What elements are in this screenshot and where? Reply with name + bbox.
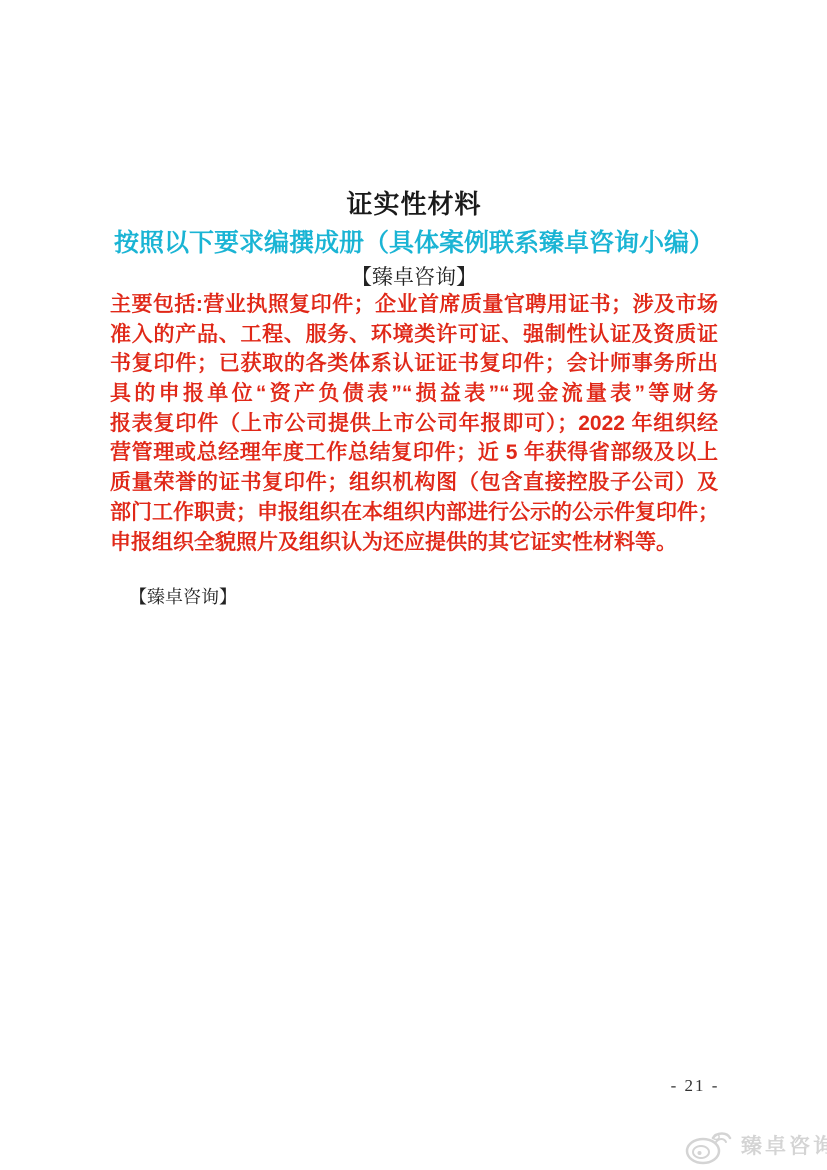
weibo-logo-icon — [683, 1124, 735, 1166]
brand-tag-top: 【臻卓咨询】 — [110, 261, 718, 291]
paragraph-line: 主要包括:营业执照复印件；企业首席质量官聘用证书；涉及市场 — [110, 290, 718, 320]
document-page: 证实性材料 按照以下要求编撰成册（具体案例联系臻卓咨询小编） 【臻卓咨询】 主要… — [0, 0, 827, 1170]
paragraph-line: 准入的产品、工程、服务、环境类许可证、强制性认证及资质证 — [110, 320, 718, 350]
paragraph-line: 报表复印件（上市公司提供上市公司年报即可）；2022 年组织经 — [110, 409, 718, 439]
paragraph-line: 申报组织全貌照片及组织认为还应提供的其它证实性材料等。 — [110, 528, 718, 558]
watermark: 臻卓咨询 — [683, 1124, 827, 1166]
page-title: 证实性材料 — [110, 184, 718, 221]
requirements-paragraph: 主要包括:营业执照复印件；企业首席质量官聘用证书；涉及市场 准入的产品、工程、服… — [110, 290, 718, 557]
paragraph-line: 营管理或总经理年度工作总结复印件；近 5 年获得省部级及以上 — [110, 438, 718, 468]
paragraph-line: 质量荣誉的证书复印件；组织机构图（包含直接控股子公司）及 — [110, 468, 718, 498]
paragraph-line: 书复印件；已获取的各类体系认证证书复印件；会计师事务所出 — [110, 349, 718, 379]
paragraph-line: 具的申报单位“资产负债表”“损益表”“现金流量表”等财务 — [110, 379, 718, 409]
watermark-text: 臻卓咨询 — [741, 1130, 827, 1160]
subtitle-instruction: 按照以下要求编撰成册（具体案例联系臻卓咨询小编） — [110, 223, 718, 259]
paragraph-line: 部门工作职责；申报组织在本组织内部进行公示的公示件复印件； — [110, 498, 718, 528]
page-number: - 21 - — [650, 1076, 740, 1096]
brand-tag-bottom: 【臻卓咨询】 — [129, 583, 237, 609]
